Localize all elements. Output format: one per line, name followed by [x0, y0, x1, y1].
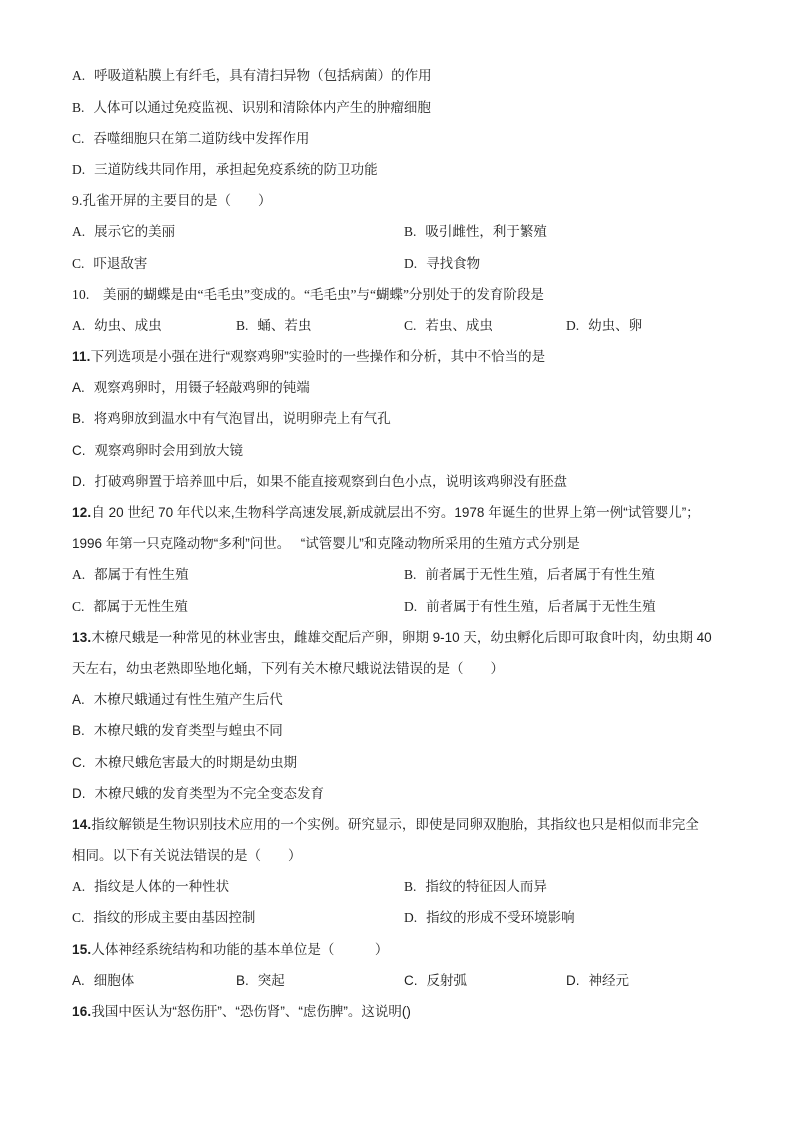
question-stem-text: 孔雀开屏的主要目的是（ ）: [83, 193, 272, 208]
option-text: 观察鸡卵时，用镊子轻敲鸡卵的钝端: [94, 380, 310, 395]
question-stem-text: 1996 年第一只克隆动物“多利”问世。 “试管婴儿”和克隆动物所采用的生殖方式…: [72, 536, 580, 551]
option-label: B.: [236, 973, 249, 988]
question-14-stem-line-1: 14.指纹解锁是生物识别技术应用的一个实例。研究显示，即使是同卵双胞胎，其指纹也…: [72, 809, 753, 840]
question-15-options-row: A.细胞体 B.突起 C.反射弧 D.神经元: [72, 965, 753, 996]
option-label: C.: [72, 256, 84, 271]
option-label: A.: [72, 692, 85, 707]
option-label: B.: [404, 224, 416, 239]
option-label: B.: [404, 879, 416, 894]
question-12-option-c: C.都属于无性生殖: [72, 591, 188, 622]
question-stem-text: 美丽的蝴蝶是由“毛毛虫”变成的。“毛毛虫”与“蝴蝶”分别处于的发育阶段是: [89, 287, 543, 302]
option-label: B.: [72, 411, 85, 426]
option-text: 展示它的美丽: [94, 224, 175, 239]
question-stem-text: 木橑尺蛾是一种常见的林业害虫，雌雄交配后产卵，卵期 9-10 天，幼虫孵化后即可…: [91, 630, 711, 645]
exam-content: A.呼吸道粘膜上有纤毛，具有清扫异物（包括病菌）的作用 B.人体可以通过免疫监视…: [72, 60, 753, 1027]
option-label: D.: [72, 474, 86, 489]
question-13-option-a: A.木橑尺蛾通过有性生殖产生后代: [72, 684, 753, 715]
option-text: 指纹的形成不受环境影响: [426, 910, 575, 925]
question-stem-text: 我国中医认为“怒伤肝”、“恐伤肾”、“虑伤脾”。这说明(): [91, 1004, 410, 1019]
question-11-option-d: D.打破鸡卵置于培养皿中后，如果不能直接观察到白色小点，说明该鸡卵没有胚盘: [72, 466, 753, 497]
question-13-stem-line-1: 13.木橑尺蛾是一种常见的林业害虫，雌雄交配后产卵，卵期 9-10 天，幼虫孵化…: [72, 622, 753, 653]
question-stem-text: 指纹解锁是生物识别技术应用的一个实例。研究显示，即使是同卵双胞胎，其指纹也只是相…: [91, 817, 699, 832]
question-number: 12.: [72, 505, 91, 520]
option-label: A.: [72, 973, 85, 988]
option-text: 细胞体: [94, 973, 135, 988]
option-text: 寻找食物: [426, 256, 480, 271]
question-9-option-b: B.吸引雌性，利于繁殖: [404, 216, 547, 247]
option-text: 观察鸡卵时会用到放大镜: [95, 443, 244, 458]
question-stem-text: 天左右，幼虫老熟即坠地化蛹，下列有关木橑尺蛾说法错误的是（ ）: [72, 661, 504, 676]
option-text: 木橑尺蛾危害最大的时期是幼虫期: [95, 755, 298, 770]
option-label: A.: [72, 380, 85, 395]
question-11-option-c: C.观察鸡卵时会用到放大镜: [72, 435, 753, 466]
option-text: 若虫、成虫: [425, 318, 493, 333]
option-text: 指纹的形成主要由基因控制: [93, 910, 255, 925]
question-14-stem-line-2: 相同。以下有关说法错误的是（ ）: [72, 840, 753, 871]
question-14-options-row-1: A.指纹是人体的一种性状 B.指纹的特征因人而异: [72, 871, 753, 902]
question-14-option-d: D.指纹的形成不受环境影响: [404, 902, 575, 933]
question-13-option-c: C.木橑尺蛾危害最大的时期是幼虫期: [72, 747, 753, 778]
option-text: 打破鸡卵置于培养皿中后，如果不能直接观察到白色小点，说明该鸡卵没有胚盘: [95, 474, 568, 489]
question-9-option-d: D.寻找食物: [404, 248, 480, 279]
option-label: A.: [72, 68, 85, 83]
question-8-option-b: B.人体可以通过免疫监视、识别和清除体内产生的肿瘤细胞: [72, 92, 753, 123]
question-12-option-a: A.都属于有性生殖: [72, 559, 189, 590]
question-number: 9.: [72, 193, 83, 208]
question-number: 16.: [72, 1004, 91, 1019]
option-text: 吸引雌性，利于繁殖: [425, 224, 547, 239]
option-text: 呼吸道粘膜上有纤毛，具有清扫异物（包括病菌）的作用: [94, 68, 432, 83]
question-15-option-d: D.神经元: [566, 965, 629, 996]
option-label: D.: [404, 910, 417, 925]
option-text: 指纹是人体的一种性状: [94, 879, 229, 894]
option-label: C.: [72, 755, 86, 770]
question-10-option-b: B.蛹、若虫: [236, 310, 311, 341]
option-label: B.: [72, 100, 84, 115]
question-number: 15.: [72, 942, 91, 957]
option-text: 前者属于有性生殖，后者属于无性生殖: [426, 599, 656, 614]
exam-document-page: A.呼吸道粘膜上有纤毛，具有清扫异物（包括病菌）的作用 B.人体可以通过免疫监视…: [0, 0, 793, 1122]
option-label: D.: [404, 599, 417, 614]
question-11-option-b: B.将鸡卵放到温水中有气泡冒出，说明卵壳上有气孔: [72, 403, 753, 434]
question-stem-text: 人体神经系统结构和功能的基本单位是（ ）: [91, 942, 388, 957]
question-13-option-b: B.木橑尺蛾的发育类型与蝗虫不同: [72, 715, 753, 746]
option-label: C.: [404, 973, 418, 988]
question-13-stem-line-2: 天左右，幼虫老熟即坠地化蛹，下列有关木橑尺蛾说法错误的是（ ）: [72, 653, 753, 684]
question-9-options-row-2: C.吓退敌害 D.寻找食物: [72, 248, 753, 279]
option-label: A.: [72, 224, 85, 239]
option-label: D.: [566, 318, 579, 333]
question-8-option-c: C.吞噬细胞只在第二道防线中发挥作用: [72, 123, 753, 154]
question-number: 10.: [72, 287, 89, 302]
question-9-option-a: A.展示它的美丽: [72, 216, 175, 247]
question-12-options-row-1: A.都属于有性生殖 B.前者属于无性生殖，后者属于有性生殖: [72, 559, 753, 590]
question-13-option-d: D.木橑尺蛾的发育类型为不完全变态发育: [72, 778, 753, 809]
option-label: A.: [72, 567, 85, 582]
question-10-option-a: A.幼虫、成虫: [72, 310, 162, 341]
option-text: 人体可以通过免疫监视、识别和清除体内产生的肿瘤细胞: [93, 100, 431, 115]
question-12-option-d: D.前者属于有性生殖，后者属于无性生殖: [404, 591, 656, 622]
option-text: 前者属于无性生殖，后者属于有性生殖: [425, 567, 655, 582]
question-number: 14.: [72, 817, 91, 832]
question-10-option-c: C.若虫、成虫: [404, 310, 493, 341]
option-label: B.: [72, 723, 85, 738]
option-label: A.: [72, 879, 85, 894]
question-stem-text: 下列选项是小强在进行“观察鸡卵”实验时的一些操作和分析，其中不恰当的是: [91, 349, 546, 364]
option-label: C.: [72, 910, 84, 925]
question-15-option-a: A.细胞体: [72, 965, 134, 996]
option-label: D.: [404, 256, 417, 271]
option-text: 吞噬细胞只在第二道防线中发挥作用: [93, 131, 309, 146]
question-14-option-b: B.指纹的特征因人而异: [404, 871, 547, 902]
option-label: A.: [72, 318, 85, 333]
option-text: 蛹、若虫: [257, 318, 311, 333]
question-number: 11.: [72, 349, 91, 364]
question-stem-text: 相同。以下有关说法错误的是（ ）: [72, 848, 302, 863]
question-14-options-row-2: C.指纹的形成主要由基因控制 D.指纹的形成不受环境影响: [72, 902, 753, 933]
question-9-options-row-1: A.展示它的美丽 B.吸引雌性，利于繁殖: [72, 216, 753, 247]
question-10-stem: 10. 美丽的蝴蝶是由“毛毛虫”变成的。“毛毛虫”与“蝴蝶”分别处于的发育阶段是: [72, 279, 753, 310]
option-text: 幼虫、成虫: [94, 318, 162, 333]
option-label: C.: [72, 131, 84, 146]
option-label: B.: [404, 567, 416, 582]
option-text: 木橑尺蛾通过有性生殖产生后代: [94, 692, 283, 707]
option-label: B.: [236, 318, 248, 333]
option-label: C.: [72, 443, 86, 458]
question-12-stem-line-2: 1996 年第一只克隆动物“多利”问世。 “试管婴儿”和克隆动物所采用的生殖方式…: [72, 528, 753, 559]
question-15-option-c: C.反射弧: [404, 965, 467, 996]
question-8-option-a: A.呼吸道粘膜上有纤毛，具有清扫异物（包括病菌）的作用: [72, 60, 753, 91]
question-10-option-d: D.幼虫、卵: [566, 310, 642, 341]
option-text: 突起: [258, 973, 285, 988]
question-11-stem: 11.下列选项是小强在进行“观察鸡卵”实验时的一些操作和分析，其中不恰当的是: [72, 341, 753, 372]
question-12-options-row-2: C.都属于无性生殖 D.前者属于有性生殖，后者属于无性生殖: [72, 591, 753, 622]
question-9-option-c: C.吓退敌害: [72, 248, 147, 279]
option-text: 三道防线共同作用，承担起免疫系统的防卫功能: [94, 162, 378, 177]
question-14-option-c: C.指纹的形成主要由基因控制: [72, 902, 255, 933]
option-text: 神经元: [589, 973, 630, 988]
question-15-option-b: B.突起: [236, 965, 285, 996]
option-text: 木橑尺蛾的发育类型与蝗虫不同: [94, 723, 283, 738]
option-label: C.: [404, 318, 416, 333]
option-text: 都属于无性生殖: [93, 599, 188, 614]
question-number: 13.: [72, 630, 91, 645]
option-label: D.: [72, 786, 86, 801]
question-8-option-d: D.三道防线共同作用，承担起免疫系统的防卫功能: [72, 154, 753, 185]
option-text: 幼虫、卵: [588, 318, 642, 333]
question-15-stem: 15.人体神经系统结构和功能的基本单位是（ ）: [72, 934, 753, 965]
option-text: 将鸡卵放到温水中有气泡冒出，说明卵壳上有气孔: [94, 411, 391, 426]
option-text: 指纹的特征因人而异: [425, 879, 547, 894]
option-label: D.: [566, 973, 580, 988]
question-12-option-b: B.前者属于无性生殖，后者属于有性生殖: [404, 559, 655, 590]
option-label: D.: [72, 162, 85, 177]
option-text: 反射弧: [427, 973, 468, 988]
question-12-stem-line-1: 12.自 20 世纪 70 年代以来,生物科学高速发展,新成就层出不穷。1978…: [72, 497, 753, 528]
question-14-option-a: A.指纹是人体的一种性状: [72, 871, 229, 902]
option-text: 都属于有性生殖: [94, 567, 189, 582]
question-9-stem: 9.孔雀开屏的主要目的是（ ）: [72, 185, 753, 216]
question-11-option-a: A.观察鸡卵时，用镊子轻敲鸡卵的钝端: [72, 372, 753, 403]
question-stem-text: 自 20 世纪 70 年代以来,生物科学高速发展,新成就层出不穷。1978 年诞…: [91, 505, 699, 520]
question-16-stem: 16.我国中医认为“怒伤肝”、“恐伤肾”、“虑伤脾”。这说明(): [72, 996, 753, 1027]
option-label: C.: [72, 599, 84, 614]
question-10-options-row: A.幼虫、成虫 B.蛹、若虫 C.若虫、成虫 D.幼虫、卵: [72, 310, 753, 341]
option-text: 木橑尺蛾的发育类型为不完全变态发育: [95, 786, 325, 801]
option-text: 吓退敌害: [93, 256, 147, 271]
